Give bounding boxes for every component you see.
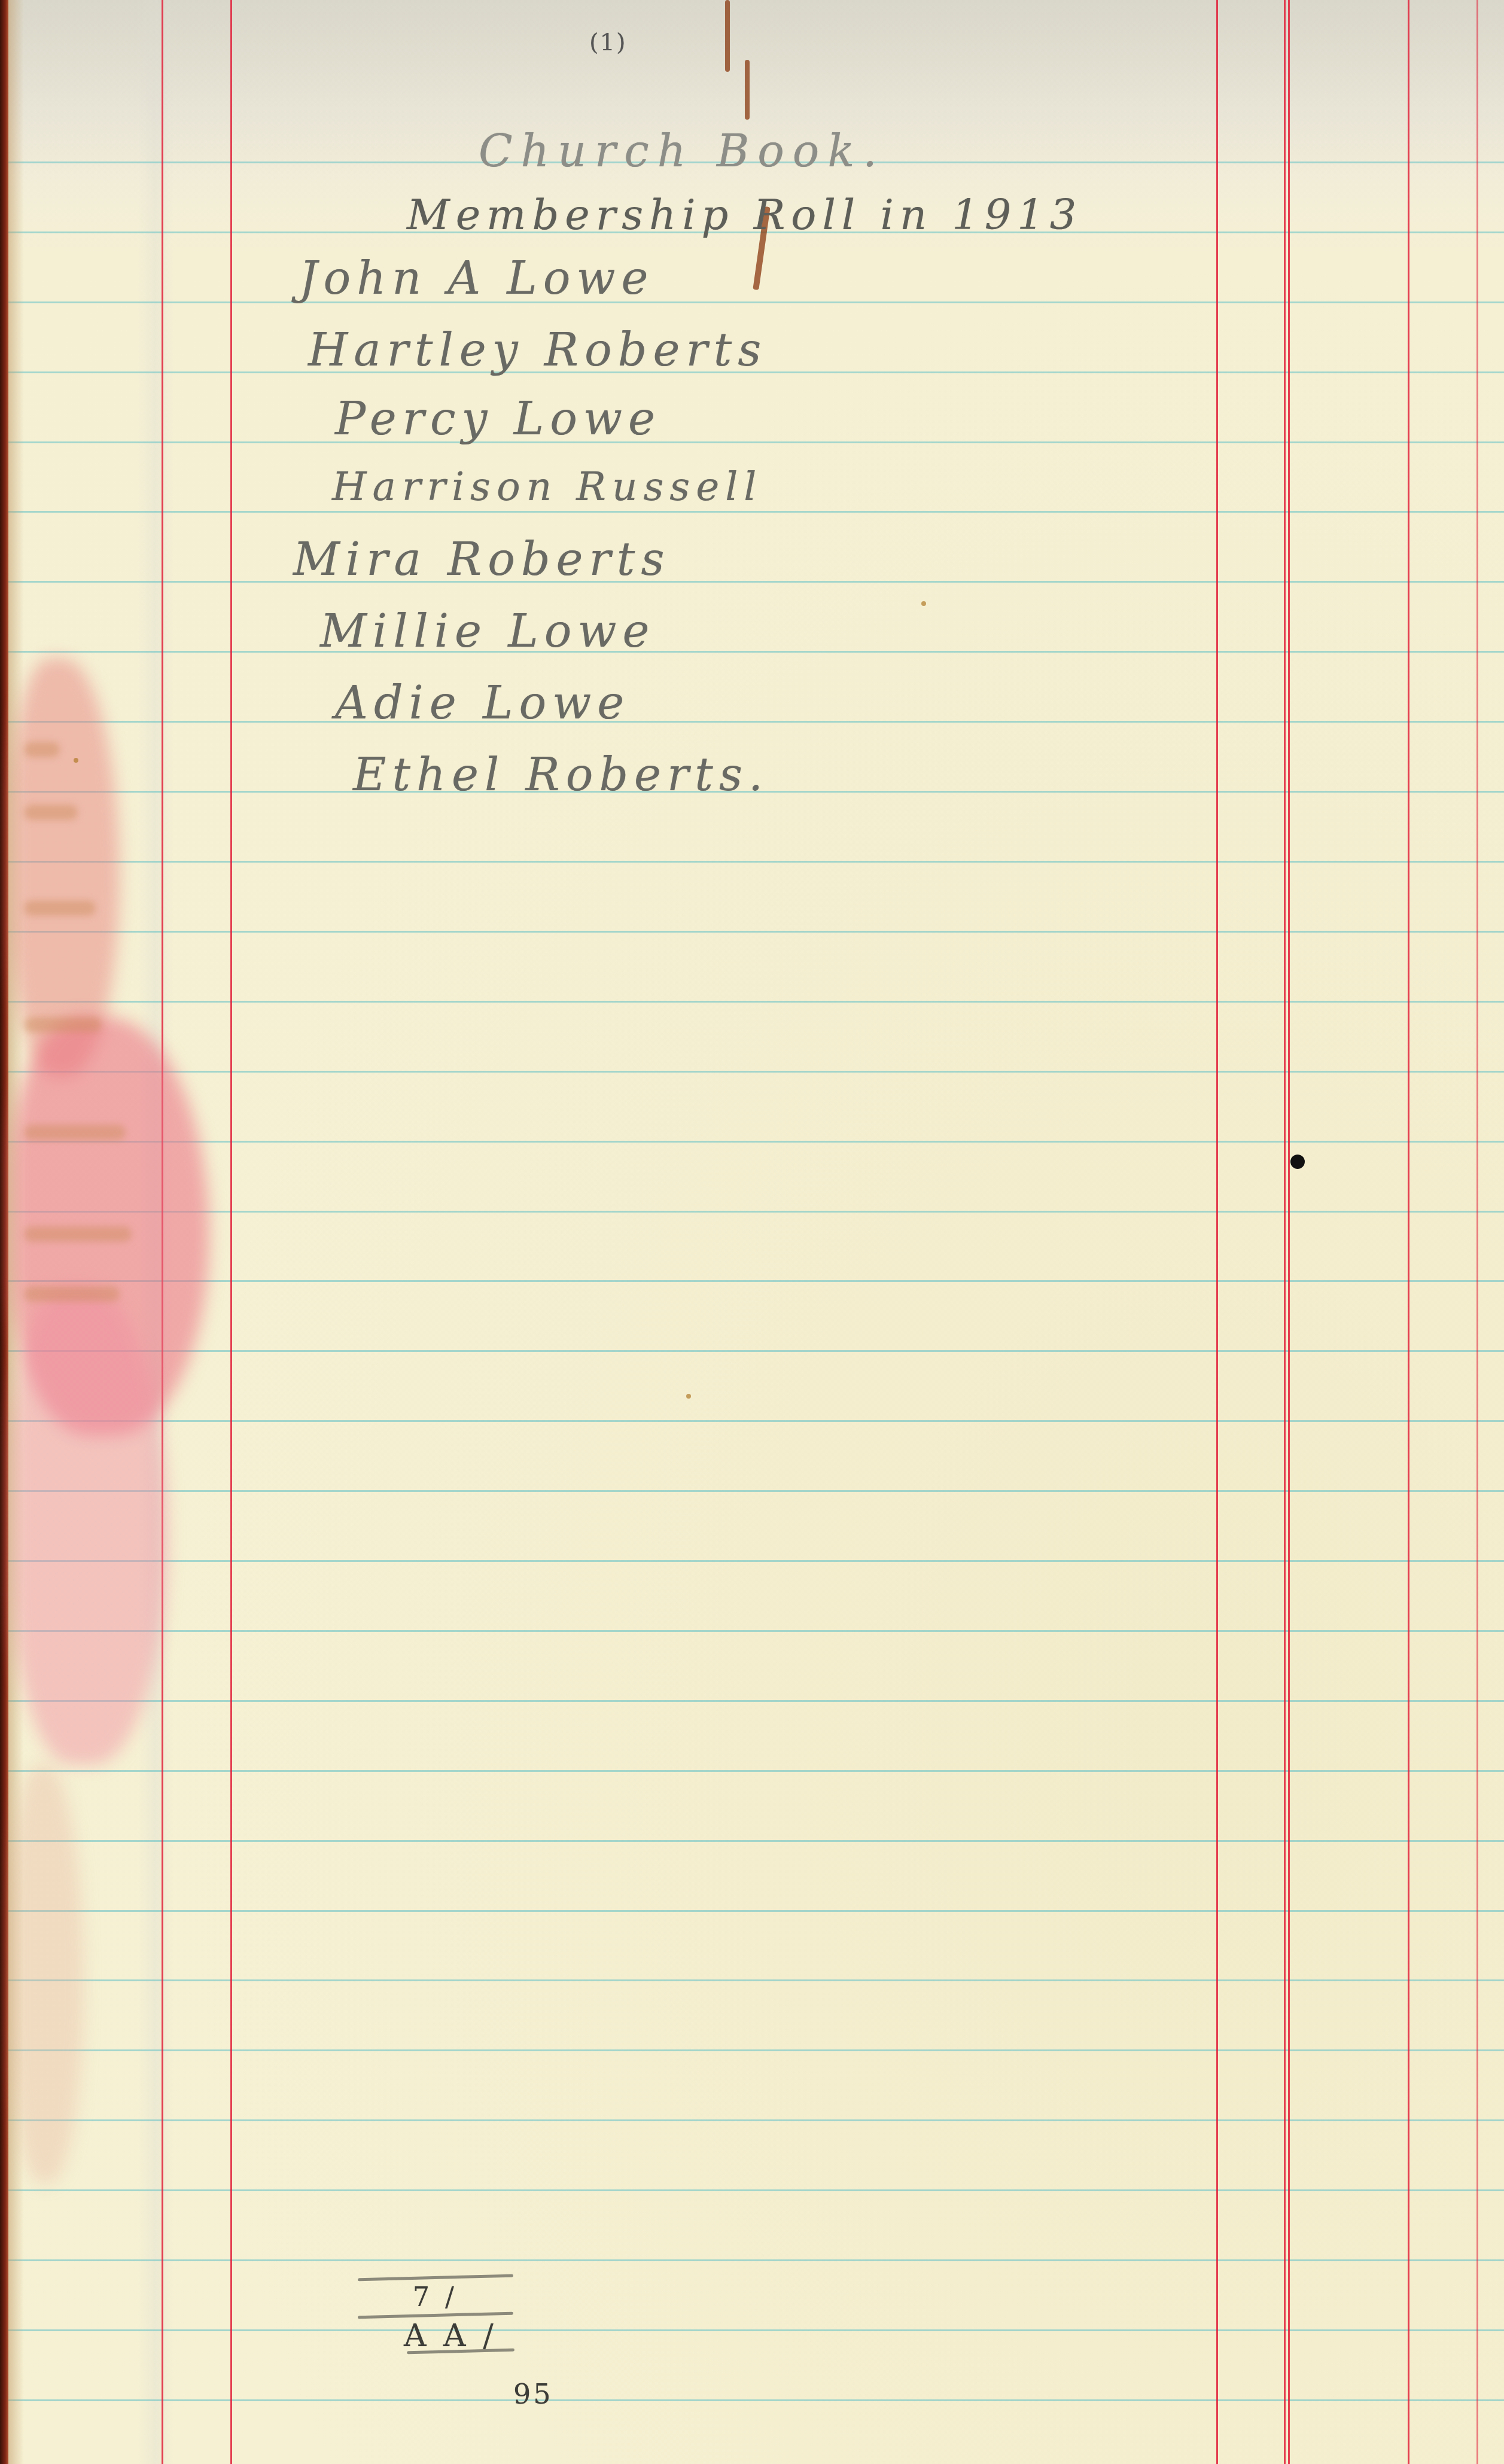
stain-streak — [24, 1017, 102, 1032]
blue-rule-line — [0, 1141, 1504, 1143]
blue-rule-line — [0, 1910, 1504, 1912]
blue-rule-line — [0, 301, 1504, 303]
pencil-strike-line — [358, 2274, 513, 2282]
binding-hole — [1290, 1155, 1305, 1169]
blue-rule-line — [0, 2189, 1504, 2191]
red-margin-line — [230, 0, 232, 2464]
blue-rule-line — [0, 931, 1504, 933]
blue-rule-line — [0, 651, 1504, 653]
blue-rule-line — [0, 1350, 1504, 1352]
blue-rule-line — [0, 721, 1504, 723]
blue-rule-line — [0, 1840, 1504, 1842]
red-margin-line — [1288, 0, 1290, 2464]
blue-rule-line — [0, 581, 1504, 583]
blue-rule-line — [0, 1280, 1504, 1282]
blue-rule-line — [0, 2329, 1504, 2331]
paper-speck — [686, 1394, 691, 1399]
blue-rule-line — [0, 861, 1504, 863]
red-margin-line — [1476, 0, 1478, 2464]
stain-streak — [24, 900, 96, 916]
red-margin-line — [1284, 0, 1286, 2464]
pencil-count: 95 — [513, 2378, 553, 2410]
document-title: Church Book. — [479, 126, 885, 177]
blue-rule-line — [0, 441, 1504, 443]
stain-streak — [24, 1286, 120, 1302]
stain-streak — [24, 742, 60, 757]
document-subtitle: Membership Roll in 1913 — [407, 190, 1082, 239]
rust-mark — [745, 60, 750, 120]
page-number: (1) — [589, 29, 627, 56]
blue-rule-line — [0, 1211, 1504, 1213]
rust-mark — [725, 0, 730, 72]
red-margin-line — [1408, 0, 1409, 2464]
blue-rule-line — [0, 2399, 1504, 2401]
member-name: Adie Lowe — [335, 676, 630, 729]
blue-rule-line — [0, 511, 1504, 513]
blue-rule-line — [0, 2119, 1504, 2121]
stain-streak — [24, 1125, 126, 1140]
member-name: Harrison Russell — [332, 464, 762, 510]
member-name: Millie Lowe — [320, 604, 655, 657]
member-name: Percy Lowe — [335, 392, 661, 445]
stain-streak — [24, 805, 78, 820]
member-name: John A Lowe — [299, 251, 654, 304]
member-name: Mira Roberts — [293, 532, 670, 586]
stain-streak — [24, 1226, 132, 1242]
blue-rule-line — [0, 1630, 1504, 1632]
blue-rule-line — [0, 1560, 1504, 1562]
blue-rule-line — [0, 1979, 1504, 1981]
blue-rule-line — [0, 2259, 1504, 2261]
blue-rule-line — [0, 1700, 1504, 1702]
ledger-page: (1) Church Book. Membership Roll in 1913… — [0, 0, 1504, 2464]
book-binding — [0, 0, 8, 2464]
blue-rule-line — [0, 1420, 1504, 1422]
water-stain — [12, 1765, 84, 2183]
red-margin-line — [1216, 0, 1218, 2464]
paper-speck — [921, 601, 926, 606]
blue-rule-line — [0, 1770, 1504, 1772]
blue-rule-line — [0, 2049, 1504, 2051]
pencil-notation-top: 7 / — [413, 2282, 458, 2313]
blue-rule-line — [0, 1490, 1504, 1492]
member-name: Hartley Roberts — [308, 323, 767, 376]
blue-rule-line — [0, 1071, 1504, 1073]
paper-speck — [74, 758, 78, 763]
blue-rule-line — [0, 1001, 1504, 1003]
member-name: Ethel Roberts. — [353, 748, 769, 801]
